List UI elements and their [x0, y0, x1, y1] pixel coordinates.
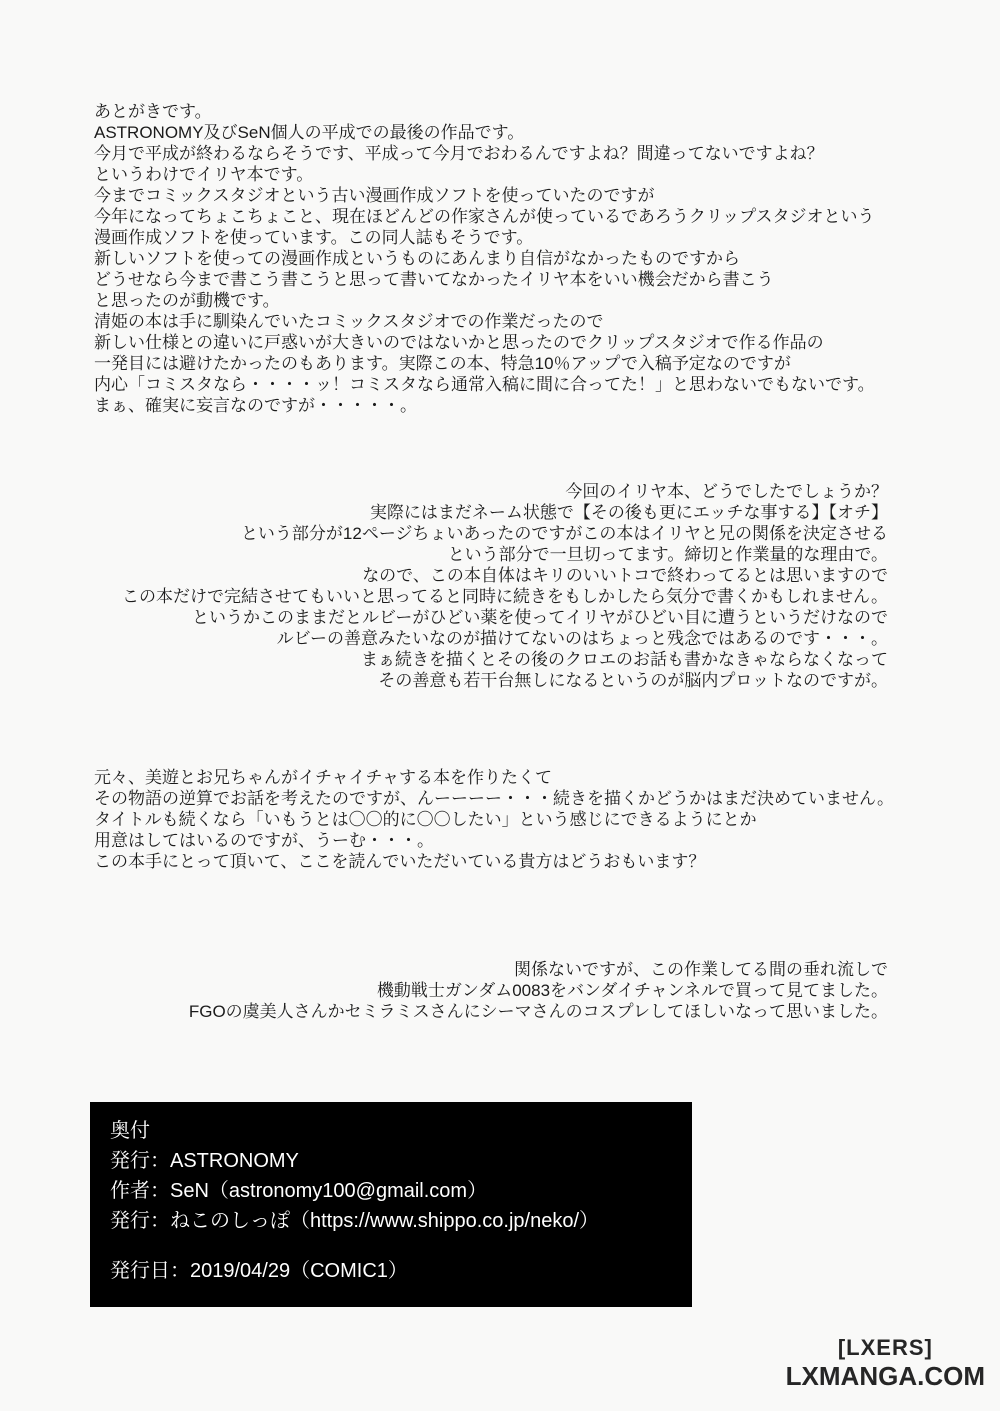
text-line: この本手にとって頂いて、ここを読んでいただいている貴方はどうおもいます？: [94, 851, 894, 872]
text-line: 今月で平成が終わるならそうです、平成って今月でおわるんですよね？間違ってないです…: [94, 143, 875, 164]
text-line: 作者：SeN（astronomy100@gmail.com）: [110, 1176, 672, 1206]
watermark-site-name: LXMANGA.COM: [786, 1361, 985, 1391]
text-line: この本だけで完結させてもいいと思ってると同時に続きをもしかしたら気分で書くかもし…: [122, 586, 888, 607]
text-line: というわけでイリヤ本です。: [94, 164, 875, 185]
text-line: 内心「コミスタなら・・・・ッ！コミスタなら通常入稿に間に合ってた！」と思わないで…: [94, 374, 875, 395]
text-line: 用意はしてはいるのですが、うーむ・・・。: [94, 830, 894, 851]
text-line: 漫画作成ソフトを使っています。この同人誌もそうです。: [94, 227, 875, 248]
afterword-paragraph-intro: あとがきです。ASTRONOMY及びSeN個人の平成での最後の作品です。今月で平…: [94, 101, 875, 416]
text-line: その善意も若干台無しになるというのが脳内プロットなのですが。: [122, 670, 888, 691]
text-line: 清姫の本は手に馴染んでいたコミックスタジオでの作業だったので: [94, 311, 875, 332]
text-line: 新しい仕様との違いに戸惑いが大きいのではないかと思ったのでクリップスタジオで作る…: [94, 332, 875, 353]
text-line: 新しいソフトを使っての漫画作成というものにあんまり自信がなかったものですから: [94, 248, 875, 269]
afterword-paragraph-reflection: 今回のイリヤ本、どうでしたでしょうか？実際にはまだネーム状態で【その後も更にエッ…: [122, 481, 888, 691]
text-line: 実際にはまだネーム状態で【その後も更にエッチな事する】【オチ】: [122, 502, 888, 523]
text-line: あとがきです。: [94, 101, 875, 122]
watermark-group-name: [LXERS]: [786, 1334, 985, 1361]
afterword-page: あとがきです。ASTRONOMY及びSeN個人の平成での最後の作品です。今月で平…: [0, 0, 1000, 1411]
text-line: 一発目には避けたかったのもあります。実際この本、特急10％アップで入稿予定なので…: [94, 353, 875, 374]
afterword-paragraph-aside: 関係ないですが、この作業してる間の垂れ流しで機動戦士ガンダム0083をバンダイチ…: [189, 959, 888, 1022]
text-line: その物語の逆算でお話を考えたのですが、んーーーー・・・続きを描くかどうかはまだ決…: [94, 788, 894, 809]
text-line: 今までコミックスタジオという古い漫画作成ソフトを使っていたのですが: [94, 185, 875, 206]
text-line: というかこのままだとルビーがひどい薬を使ってイリヤがひどい目に遭うというだけなの…: [122, 607, 888, 628]
text-line: タイトルも続くなら「いもうとは〇〇的に〇〇したい」という感じにできるようにとか: [94, 809, 894, 830]
text-line: 今回のイリヤ本、どうでしたでしょうか？: [122, 481, 888, 502]
text-line: と思ったのが動機です。: [94, 290, 875, 311]
text-line: まぁ続きを描くとその後のクロエのお話も書かなきゃならなくなって: [122, 649, 888, 670]
text-line: という部分が12ページちょいあったのですがこの本はイリヤと兄の関係を決定させる: [122, 523, 888, 544]
text-line: なので、この本自体はキリのいいトコで終わってるとは思いますので: [122, 565, 888, 586]
text-line: ルビーの善意みたいなのが描けてないのはちょっと残念ではあるのです・・・。: [122, 628, 888, 649]
text-line: FGOの虞美人さんかセミラミスさんにシーマさんのコスプレしてほしいなって思いまし…: [189, 1001, 888, 1022]
afterword-paragraph-sequel-plans: 元々、美遊とお兄ちゃんがイチャイチャする本を作りたくてその物語の逆算でお話を考え…: [94, 767, 894, 872]
text-line: という部分で一旦切ってます。締切と作業量的な理由で。: [122, 544, 888, 565]
text-line: 発行：ASTRONOMY: [110, 1146, 672, 1176]
text-line: 今年になってちょこちょこと、現在ほどんどの作家さんが使っているであろうクリップス…: [94, 206, 875, 227]
colophon-date-line: 発行日：2019/04/29（COMIC1）: [110, 1256, 672, 1286]
text-line: 発行：ねこのしっぽ（https://www.shippo.co.jp/neko/…: [110, 1206, 672, 1236]
text-line: ASTRONOMY及びSeN個人の平成での最後の作品です。: [94, 122, 875, 143]
watermark: [LXERS] LXMANGA.COM: [786, 1334, 985, 1391]
colophon-heading: 奥付: [110, 1116, 672, 1146]
colophon-box: 奥付 発行：ASTRONOMY作者：SeN（astronomy100@gmail…: [90, 1102, 692, 1307]
text-line: まぁ、確実に妄言なのですが・・・・・。: [94, 395, 875, 416]
text-line: 機動戦士ガンダム0083をバンダイチャンネルで買って見てました。: [189, 980, 888, 1001]
text-line: 関係ないですが、この作業してる間の垂れ流しで: [189, 959, 888, 980]
text-line: どうせなら今まで書こう書こうと思って書いてなかったイリヤ本をいい機会だから書こう: [94, 269, 875, 290]
text-line: 元々、美遊とお兄ちゃんがイチャイチャする本を作りたくて: [94, 767, 894, 788]
colophon-publication-lines: 発行：ASTRONOMY作者：SeN（astronomy100@gmail.co…: [110, 1146, 672, 1236]
